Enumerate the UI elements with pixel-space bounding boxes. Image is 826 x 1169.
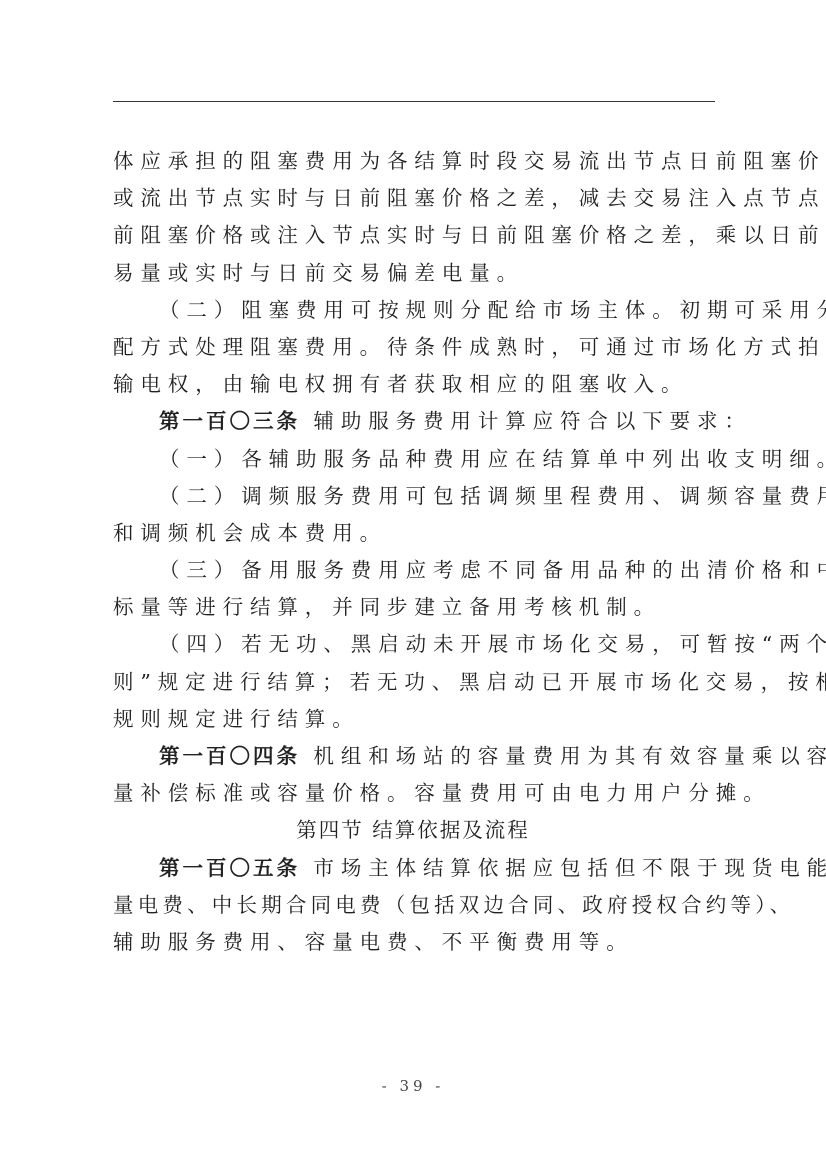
article-text: 市场主体结算依据应包括但不限于现货电能 [300,856,826,880]
paragraph-line: （一）各辅助服务品种费用应在结算单中列出收支明细。 [113,441,717,478]
paragraph-line: 辅助服务费用、容量电费、不平衡费用等。 [113,924,717,961]
article-number: 第一百〇三条 [159,409,300,433]
section-heading: 第四节 结算依据及流程 [113,812,717,849]
paragraph-line: 易量或实时与日前交易偏差电量。 [113,255,717,292]
paragraph-line: 量补偿标准或容量价格。容量费用可由电力用户分摊。 [113,775,717,812]
paragraph-line: 前阻塞价格或注入节点实时与日前阻塞价格之差，乘以日前交 [113,217,717,254]
page-number: - 39 - [0,1077,826,1095]
paragraph-line: 输电权，由输电权拥有者获取相应的阻塞收入。 [113,366,717,403]
paragraph-line: 或流出节点实时与日前阻塞价格之差，减去交易注入点节点日 [113,180,717,217]
paragraph-line: 和调频机会成本费用。 [113,515,717,552]
paragraph-line: （二）阻塞费用可按规则分配给市场主体。初期可采用分 [113,292,717,329]
article-text: 机组和场站的容量费用为其有效容量乘以容 [300,744,826,768]
paragraph-line: 配方式处理阻塞费用。待条件成熟时，可通过市场化方式拍卖 [113,329,717,366]
paragraph-line: 量电费、中长期合同电费（包括双边合同、政府授权合约等）、 [113,887,717,924]
paragraph-line: 标量等进行结算，并同步建立备用考核机制。 [113,589,717,626]
paragraph-line: 则”规定进行结算；若无功、黑启动已开展市场化交易，按相关 [113,664,717,701]
document-body: 体应承担的阻塞费用为各结算时段交易流出节点日前阻塞价格 或流出节点实时与日前阻塞… [113,143,717,961]
article-103: 第一百〇三条 辅助服务费用计算应符合以下要求： [113,403,717,440]
paragraph-line: 体应承担的阻塞费用为各结算时段交易流出节点日前阻塞价格 [113,143,717,180]
paragraph-line: （四）若无功、黑启动未开展市场化交易，可暂按“两个细 [113,626,717,663]
paragraph-line: （三）备用服务费用应考虑不同备用品种的出清价格和中 [113,552,717,589]
article-number: 第一百〇四条 [159,744,300,768]
article-text: 辅助服务费用计算应符合以下要求： [300,409,752,433]
paragraph-line: 规则规定进行结算。 [113,701,717,738]
article-number: 第一百〇五条 [159,856,300,880]
paragraph-line: （二）调频服务费用可包括调频里程费用、调频容量费用 [113,478,717,515]
header-rule [113,101,715,102]
article-104: 第一百〇四条 机组和场站的容量费用为其有效容量乘以容 [113,738,717,775]
article-105: 第一百〇五条 市场主体结算依据应包括但不限于现货电能 [113,850,717,887]
